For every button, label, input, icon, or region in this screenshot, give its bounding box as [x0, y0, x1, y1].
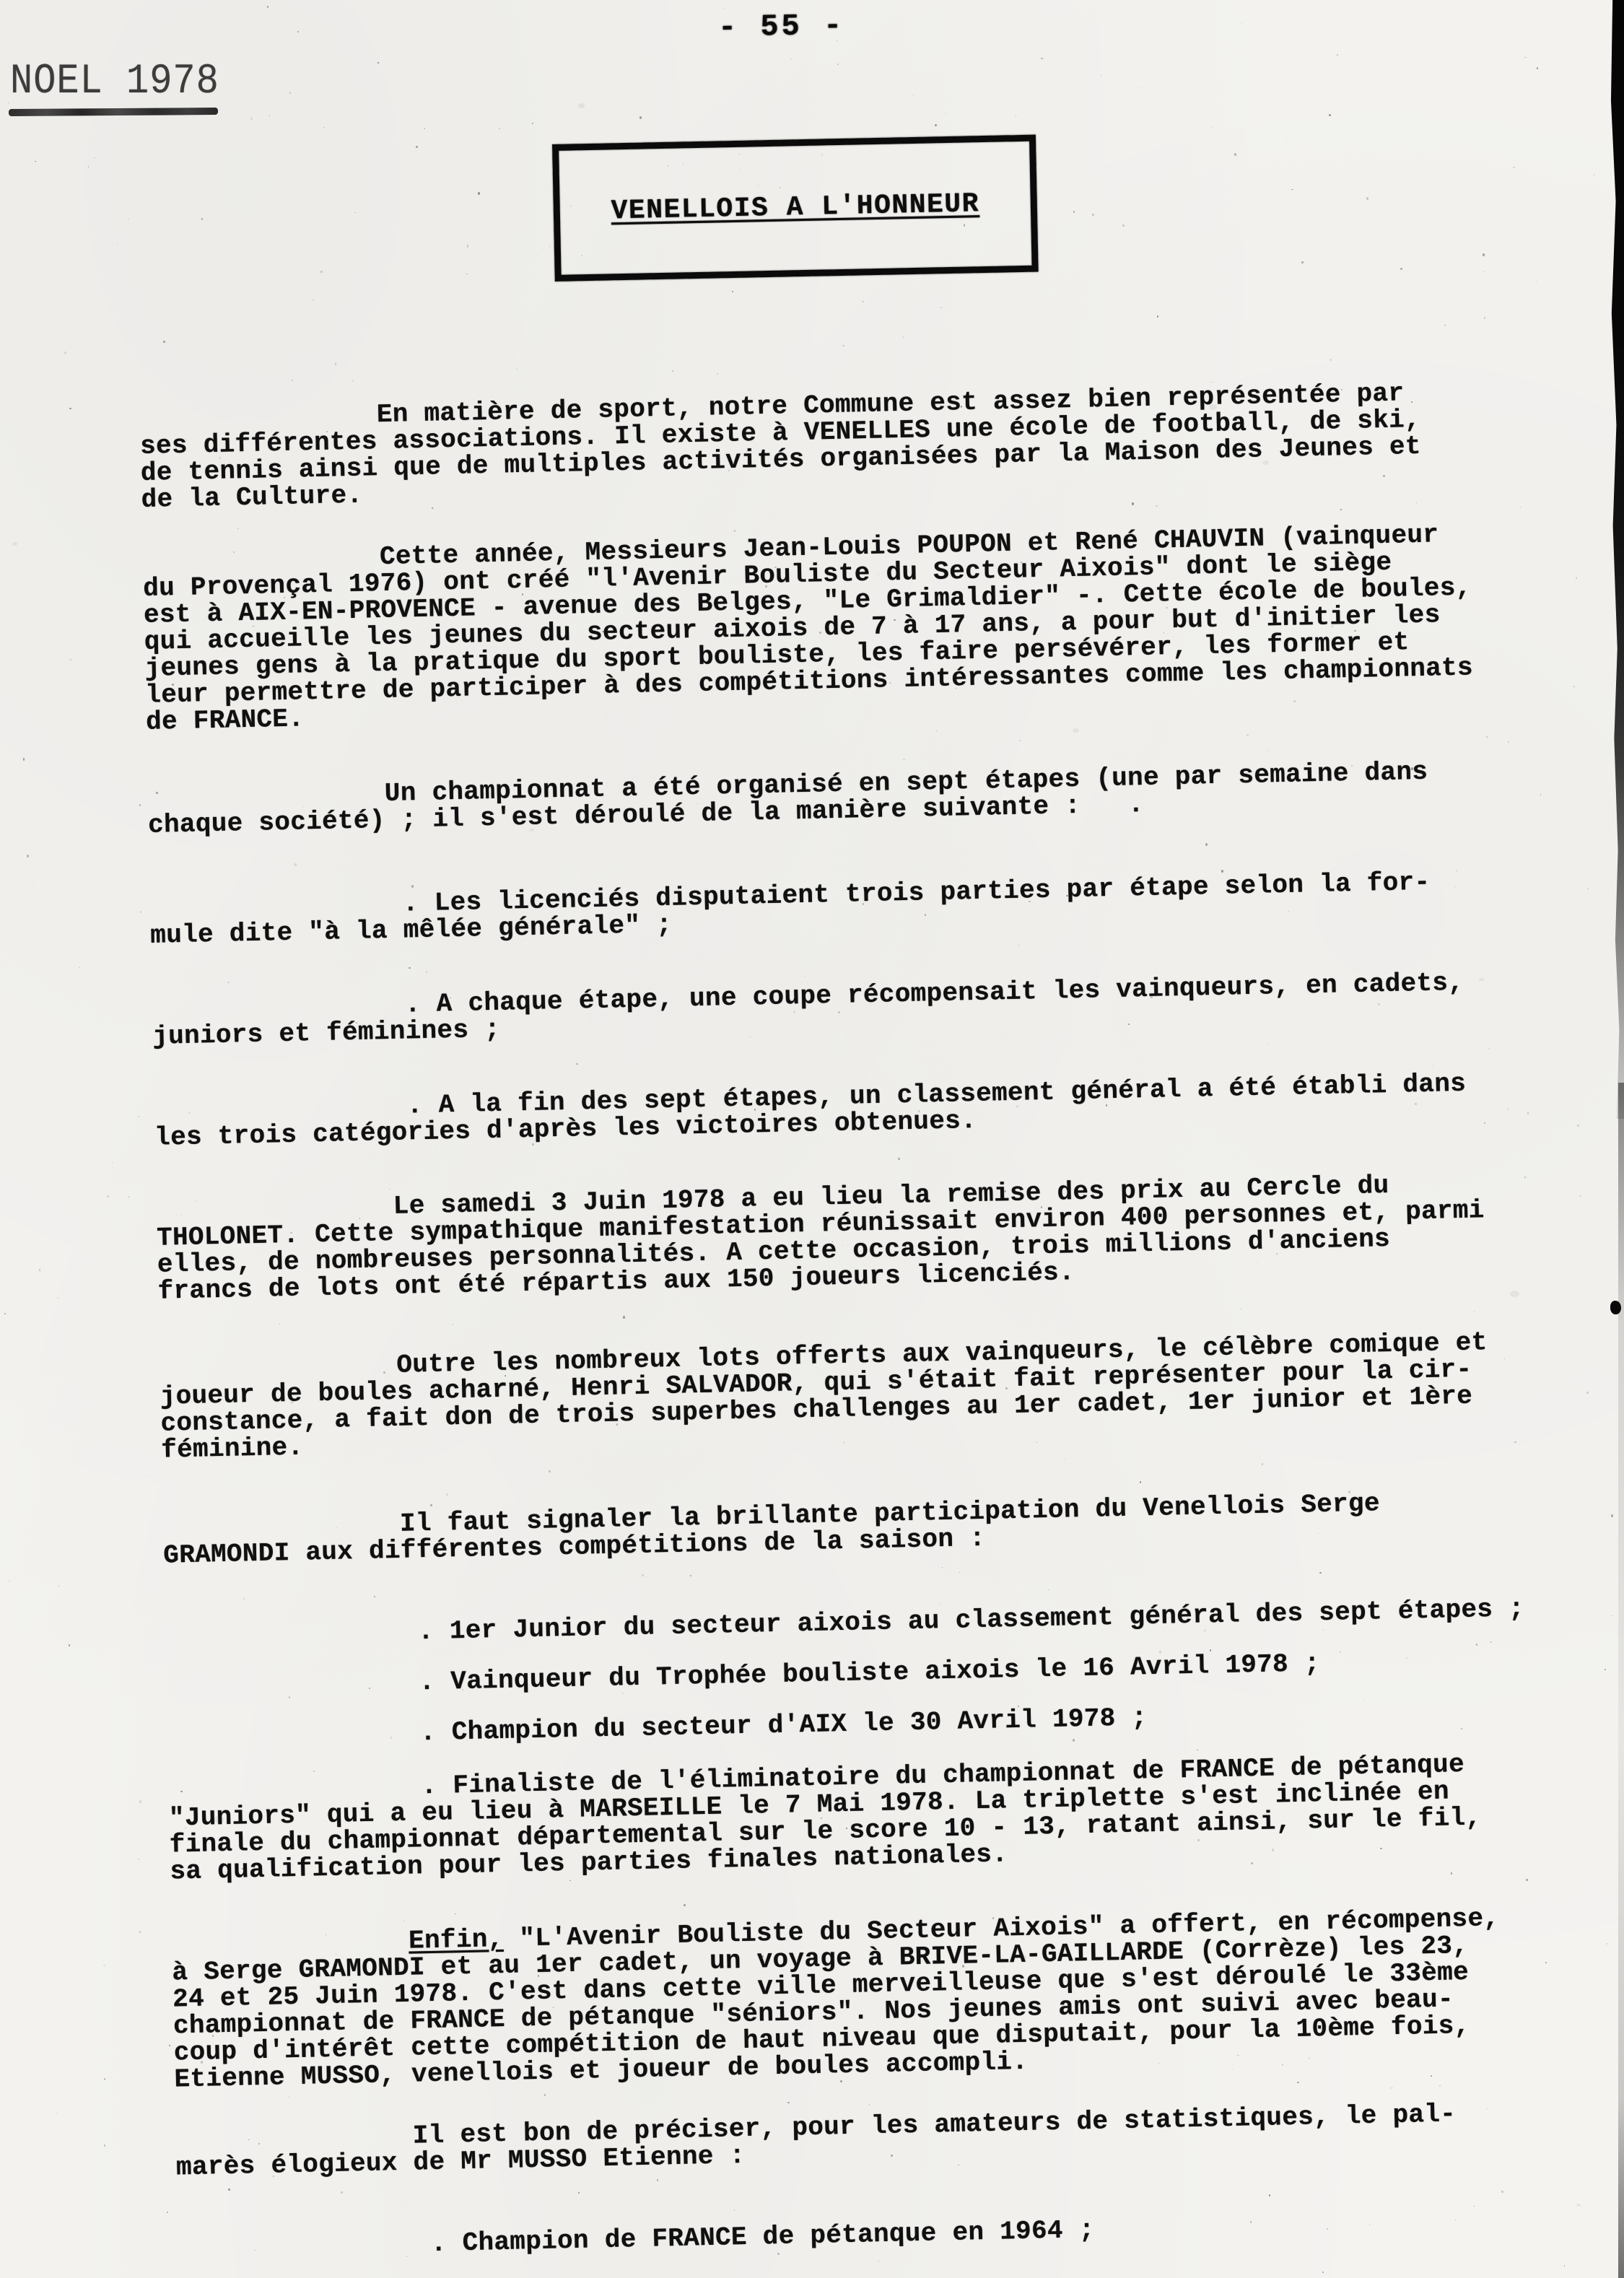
paragraph: Cette année, Messieurs Jean-Louis POUPON… [142, 520, 1539, 736]
issue-stamp: NOEL 1978 [10, 59, 219, 105]
scanned-page: { "page": { "number_label": "- 55 -", "s… [0, 0, 1624, 2278]
scan-edge-blob [1610, 1301, 1621, 1314]
scan-edge-artifact-bottom [1618, 1083, 1624, 2278]
paragraph: En matière de sport, notre Commune est a… [139, 378, 1534, 513]
bullet-item: . Vainqueur du Trophée bouliste aixois l… [166, 1645, 1559, 1701]
text-line: . 1er Junior du secteur aixois au classe… [165, 1594, 1558, 1650]
paragraph: Un championnat a été organisé en sept ét… [147, 756, 1541, 838]
bullet-item: . Champion du secteur d'AIX le 30 Avril … [167, 1696, 1560, 1751]
paragraph: Il faut signaler la brillante participat… [162, 1486, 1556, 1568]
text-line: . Champion de FRANCE de pétanque en 1964… [178, 2207, 1571, 2262]
bullet-item: . 1er Junior du secteur aixois au classe… [165, 1594, 1558, 1650]
bullet-item: . Finaliste de l'éliminatoire du champio… [168, 1749, 1563, 1885]
bullet-item: . Champion de FRANCE de pétanque en 1964… [178, 2207, 1571, 2262]
paragraph: Enfin, "L'Avenir Bouliste du Secteur Aix… [171, 1903, 1567, 2092]
scan-edge-artifact-top [1608, 0, 1624, 1119]
bullet-item: . Les licenciés disputaient trois partie… [149, 866, 1543, 948]
document-body: En matière de sport, notre Commune est a… [139, 378, 1571, 2263]
page-title: VENELLOIS A L'HONNEUR [611, 188, 979, 227]
text-line: . Champion du secteur d'AIX le 30 Avril … [167, 1696, 1560, 1751]
paragraph: Il est bon de préciser, pour les amateur… [175, 2098, 1569, 2181]
paragraph: Outre les nombreux lots offerts aux vain… [160, 1327, 1555, 1463]
title-box: VENELLOIS A L'HONNEUR [552, 135, 1039, 282]
text-line: . Vainqueur du Trophée bouliste aixois l… [166, 1645, 1559, 1701]
issue-stamp-underline [9, 108, 218, 116]
bullet-item: . A chaque étape, une coupe récompensait… [152, 967, 1545, 1049]
bullet-item: . A la fin des sept étapes, un classemen… [154, 1068, 1547, 1151]
page-number: - 55 - [718, 9, 845, 44]
paragraph: Le samedi 3 Juin 1978 a eu lieu la remis… [156, 1169, 1551, 1304]
